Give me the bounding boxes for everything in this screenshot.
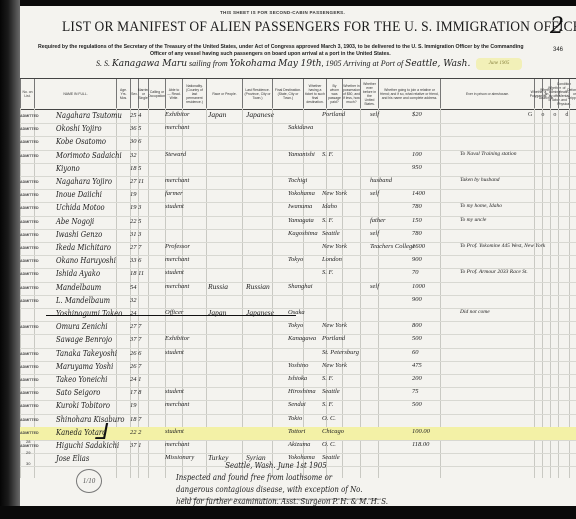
passenger-destination: New York [322, 322, 347, 329]
passenger-relative: To my home, Idaho [460, 203, 502, 209]
passenger-status: ADMITTED [20, 233, 39, 237]
column-header-9: Race or People. [206, 79, 242, 109]
passenger-destination: St. Petersburg [322, 349, 359, 356]
passenger-occupation: student [165, 203, 184, 210]
passenger-name: Kobe Osatomo [56, 137, 106, 146]
passenger-row: Yoshinogumi Takeo24OfficerJapanJapaneseO… [20, 308, 576, 322]
passenger-name: Maruyama Yoshi [56, 362, 113, 371]
passenger-status: ADMITTED [20, 391, 39, 395]
passenger-name: Nagahara Tsutomu [56, 111, 122, 120]
passenger-age: 18 5 [130, 165, 141, 172]
sheet-note: THIS SHEET IS FOR SECOND-CABIN PASSENGER… [220, 10, 345, 15]
passenger-money: 1000 [412, 283, 425, 290]
passenger-health: Good [528, 112, 576, 118]
passenger-destination: S. F. [322, 217, 333, 224]
passenger-residence: Yoshino [288, 362, 308, 369]
passenger-name: Omura Zenichi [56, 322, 108, 331]
passenger-paid: father [370, 217, 386, 224]
passenger-name: Sato Seigoro [56, 388, 100, 397]
passenger-age: 30 6 [130, 138, 141, 145]
passenger-status: ADMITTED [20, 193, 39, 197]
sailing-from: Yokohama [230, 59, 277, 69]
arriving-label: Arriving at Port of [343, 59, 403, 68]
passenger-status: ADMITTED [20, 220, 39, 224]
column-header-3: Age. Yrs. Mos. [116, 79, 130, 109]
passenger-name: Nagahara Yojiro [56, 177, 112, 186]
passenger-occupation: student [165, 388, 184, 395]
passenger-race: Japanese [246, 110, 274, 119]
passenger-money: 60 [412, 349, 419, 356]
passenger-name: Takeo Yoneichi [56, 375, 107, 384]
passenger-status: ADMITTED [20, 404, 39, 408]
passenger-row: ADMITTEDIkeda Michitaro27 7ProfessorNew … [20, 242, 576, 256]
passenger-age: 24 1 [130, 376, 141, 383]
column-header-17: Ever in prison or almshouse. [440, 79, 534, 109]
passenger-row: ADMITTEDUchida Motoo19 3studentIwanumaId… [20, 202, 576, 216]
passenger-age: 22 5 [130, 218, 141, 225]
passenger-occupation: farmer [165, 190, 183, 197]
passenger-age: 31 3 [130, 231, 141, 238]
sailing-label: sailing from [189, 59, 228, 68]
passenger-money: 1600 [412, 243, 425, 250]
requirement-line-1: Required by the regulations of the Secre… [38, 44, 524, 50]
passenger-row: ADMITTEDOmura Zenichi27 7TokyoNew York80… [20, 321, 576, 335]
passenger-row: ADMITTEDMaruyama Yoshi26 7YoshinoNew Yor… [20, 361, 576, 375]
passenger-name: Mandelbaum [56, 283, 101, 292]
ship-name: Kanagawa Maru [112, 59, 187, 69]
passenger-residence: Tochigi [288, 177, 307, 184]
passenger-name: Ikeda Michitaro [56, 243, 111, 252]
passenger-money: 1400 [412, 190, 425, 197]
passenger-paid: Teachers College [370, 243, 415, 250]
passenger-age: 25 4 [130, 112, 141, 119]
passenger-name: Okano Haruyoshi [56, 256, 116, 265]
passenger-status: ADMITTED [20, 378, 39, 382]
passenger-occupation: Professor [165, 243, 190, 250]
passenger-money: 500 [412, 335, 422, 342]
passenger-status: ADMITTED [20, 114, 39, 118]
passenger-name: Kiyono [56, 164, 80, 173]
passenger-destination: Portland [322, 335, 345, 342]
passenger-name: Abe Nogoji [56, 217, 94, 226]
passenger-residence: Tottori [288, 428, 305, 435]
passenger-status: ADMITTED [20, 180, 39, 184]
passenger-destination: Seattle [322, 230, 340, 237]
passenger-age: 33 6 [130, 257, 141, 264]
passenger-row: Sawage Benrojo37 7ExhibitorKanagawaPortl… [20, 334, 576, 348]
inspection-note-line-2: Inspected and found free from loathsome … [176, 472, 388, 484]
passenger-destination: Chicago [322, 428, 344, 435]
passenger-status: ADMITTED [20, 154, 39, 158]
inspection-note-line-1: Seattle, Wash. June 1st 1905 [176, 460, 388, 472]
ship-info-line: S. S. Kanagawa Maru sailing from Yokoham… [96, 59, 470, 69]
passenger-name: Uchida Motoo [56, 203, 105, 212]
passenger-destination: Idaho [322, 203, 337, 210]
column-header-22: Deformed or Crippled. [569, 79, 576, 109]
passenger-age: 54 [130, 284, 137, 291]
passenger-name: Shinohara Kisaburo [56, 415, 124, 424]
passenger-status: ADMITTED [20, 365, 39, 369]
passenger-age: 19 3 [130, 204, 141, 211]
passenger-money: 950 [412, 164, 422, 171]
passenger-occupation: merchant [165, 401, 189, 408]
passenger-money: $20 [412, 111, 422, 118]
row-number: 28 [26, 436, 30, 447]
passenger-residence: Yamanishi [288, 151, 315, 158]
passenger-status: ADMITTED [20, 352, 39, 356]
passenger-row: ADMITTEDIshida Ayako18 11studentS. F.70T… [20, 268, 576, 282]
passenger-money: 475 [412, 362, 422, 369]
inspection-note-line-3: dangerous contagious disease, with excep… [176, 484, 388, 496]
passenger-status: ADMITTED [20, 259, 39, 263]
passenger-status: ADMITTED [20, 325, 39, 329]
passenger-occupation: merchant [165, 283, 189, 290]
scan-border-left [0, 0, 20, 519]
passenger-residence: Tokio [288, 415, 302, 422]
passenger-row: ADMITTEDOkoshi Yojiro36 5merchantSakidaw… [20, 123, 576, 137]
empty-row-numbers: 282930 [26, 436, 30, 469]
passenger-row: ADMITTEDSato Seigoro17 8studentHiroshima… [20, 387, 576, 401]
passenger-relative: To my uncle [460, 217, 486, 223]
passenger-age: 26 6 [130, 350, 141, 357]
row-number: 30 [26, 458, 30, 469]
passenger-money: 780 [412, 203, 422, 210]
passenger-row: ADMITTEDKuroki Tobitoro19merchantSendaiS… [20, 400, 576, 414]
column-header-16: Whether going to join a relative or frie… [378, 79, 440, 109]
passenger-destination: O. C. [322, 415, 336, 422]
passenger-destination: Seattle [322, 388, 340, 395]
passenger-nationality: Russia [208, 282, 228, 291]
column-header-13: By whom was passage paid? [326, 79, 342, 109]
strike-through-line [46, 315, 296, 316]
passenger-paid: husband [370, 177, 392, 184]
passenger-occupation: merchant [165, 441, 189, 448]
passenger-row: ADMITTEDL. Mandelbaum32900 [20, 295, 576, 309]
document-title: LIST OR MANIFEST OF ALIEN PASSENGERS FOR… [62, 19, 576, 36]
passenger-row: ADMITTEDTanaka Takeyoshi26 6studentSt. P… [20, 348, 576, 362]
passenger-money: 100 [412, 151, 422, 158]
sailing-date: May 19th [278, 59, 321, 69]
passenger-occupation: merchant [165, 177, 189, 184]
passenger-row: Kiyono18 5950 [20, 163, 576, 177]
fine-print: * Race or People is to be determined by … [180, 497, 382, 501]
column-header-2: NAME IN FULL. [34, 79, 116, 109]
passenger-status: ADMITTED [20, 418, 39, 422]
passenger-money: 500 [412, 401, 422, 408]
passenger-name: Okoshi Yojiro [56, 124, 102, 133]
passenger-destination: S. F. [322, 269, 333, 276]
column-header-1: No. on List. [20, 79, 34, 109]
passenger-row: ADMITTEDMorimoto Sadaichi32StewardYamani… [20, 150, 576, 164]
passenger-age: 37 1 [130, 442, 141, 449]
column-header-5: Married or Single. [138, 79, 148, 109]
passenger-status: ADMITTED [20, 140, 39, 144]
passenger-money: 780 [412, 230, 422, 237]
passenger-age: 27 7 [130, 323, 141, 330]
circled-annotation: 1/10 [76, 469, 102, 493]
passenger-nationality: Japan [208, 110, 226, 119]
column-header-10: Last Residence. (Province, City or Town.… [242, 79, 272, 109]
passenger-relative: To Prof. Yokomine 445 West, New York [460, 243, 545, 249]
passenger-row: ADMITTEDInoue Daiichi19farmerYokohamaNew… [20, 189, 576, 203]
passenger-status: ADMITTED [20, 272, 39, 276]
passenger-name: Inoue Daiichi [56, 190, 102, 199]
passenger-residence: Kanagawa [288, 335, 316, 342]
passenger-destination: S. F. [322, 151, 333, 158]
passenger-residence: Yokohama [288, 190, 315, 197]
passenger-residence: Shanghai [288, 283, 313, 290]
passenger-occupation: student [165, 349, 184, 356]
passenger-destination: New York [322, 362, 347, 369]
passenger-relative: To Naval Training station [460, 151, 517, 157]
passenger-age: 37 7 [130, 336, 141, 343]
passenger-status: ADMITTED [20, 286, 39, 290]
passenger-occupation: Steward [165, 151, 186, 158]
passenger-status: ADMITTED [20, 206, 39, 210]
passenger-status: ADMITTED [20, 431, 39, 435]
passenger-occupation: student [165, 428, 184, 435]
passenger-age: 32 [130, 297, 137, 304]
passenger-row: ADMITTEDTakeo Yoneichi24 1IshiokaS. F.20… [20, 374, 576, 388]
passenger-age: 32 [130, 152, 137, 159]
passenger-money: 118.00 [412, 441, 429, 448]
passenger-name: Morimoto Sadaichi [56, 151, 122, 160]
passenger-row: ADMITTEDAbe Nogoji22 5YamagataS. F.fathe… [20, 216, 576, 230]
passenger-destination: O. C. [322, 441, 336, 448]
passenger-occupation: merchant [165, 256, 189, 263]
passenger-paid: self [370, 283, 379, 290]
passenger-row: ADMITTEDMandelbaum54merchantRussiaRussia… [20, 282, 576, 296]
passenger-age: 27 11 [130, 178, 144, 185]
column-header-12: Whether having a ticket to such final de… [303, 79, 326, 109]
column-header-15: Whether ever before in the United States… [360, 79, 378, 109]
passenger-relative: Taken by husband [460, 177, 500, 183]
passenger-money: 100.00 [412, 428, 430, 435]
passenger-row: ADMITTEDNagahara Tsutomu25 4ExhibitorJap… [20, 110, 576, 124]
passenger-occupation: Exhibitor [165, 335, 190, 342]
column-header-7: Able to — Read. Write. [165, 79, 182, 109]
passenger-race: Russian [246, 282, 270, 291]
passenger-row: ADMITTEDNagahara Yojiro27 11merchantToch… [20, 176, 576, 190]
passenger-residence: Iwanuma [288, 203, 312, 210]
passenger-name: Sawage Benrojo [56, 335, 112, 344]
passenger-name: Tanaka Takeyoshi [56, 349, 117, 358]
passenger-residence: Kagoshima [288, 230, 318, 237]
passenger-residence: Yamagata [288, 217, 314, 224]
passenger-money: 70 [412, 269, 419, 276]
page-number: 2 [550, 14, 564, 39]
passenger-destination: Portland [322, 111, 345, 118]
passenger-destination: New York [322, 243, 347, 250]
passenger-destination: S. F. [322, 375, 333, 382]
passenger-name: Iwashi Genzo [56, 230, 102, 239]
passenger-age: 19 [130, 402, 137, 409]
column-header-row: No. on List.NAME IN FULL.Age. Yrs. Mos.S… [20, 78, 576, 110]
passenger-residence: Hiroshima [288, 388, 316, 395]
passenger-residence: Sakidawa [288, 124, 313, 131]
passenger-age: 19 [130, 191, 137, 198]
ship-prefix: S. S. [96, 59, 110, 68]
passenger-residence: Tokyo [288, 322, 303, 329]
passenger-name: Jose Elias [56, 454, 89, 463]
column-header-11: Final Destination. (State, City or Town.… [272, 79, 303, 109]
passenger-age: 27 7 [130, 244, 141, 251]
passenger-relative: To Prof. Armour 2033 Race St. [460, 269, 528, 275]
sheet-number: 346 [553, 47, 563, 53]
passenger-money: 200 [412, 375, 422, 382]
passenger-paid: self [370, 230, 379, 237]
passenger-money: 75 [412, 388, 419, 395]
passenger-paid: self [370, 111, 379, 118]
passenger-age: 17 8 [130, 389, 141, 396]
signature-mark: ⅃ [95, 420, 107, 445]
passenger-money: 900 [412, 256, 422, 263]
arrival-date-stamp: June 1905 [476, 58, 522, 70]
passenger-name: L. Mandelbaum [56, 296, 110, 305]
passenger-destination: London [322, 256, 342, 263]
passenger-relative: Did not come [460, 309, 490, 315]
passenger-name: Ishida Ayako [56, 269, 100, 278]
passenger-row: ADMITTEDIwashi Genzo31 3KagoshimaSeattle… [20, 229, 576, 243]
passenger-age: 36 5 [130, 125, 141, 132]
passenger-name: Higuchi Sadakichi [56, 441, 119, 450]
passenger-residence: Sendai [288, 401, 306, 408]
passenger-name: Kuroki Tobitoro [56, 401, 110, 410]
arrival-port: Seattle, Wash. [405, 59, 470, 69]
passenger-destination: New York [322, 190, 347, 197]
passenger-destination: S. F. [322, 401, 333, 408]
passenger-residence: Ishioka [288, 375, 307, 382]
column-header-8: Nationality. (Country of last permanent … [182, 79, 206, 109]
passenger-status: ADMITTED [20, 299, 39, 303]
passenger-occupation: merchant [165, 124, 189, 131]
row-number: 29 [26, 447, 30, 458]
passenger-age: 18 11 [130, 270, 144, 277]
column-header-14: Whether in possession of $50, and if les… [342, 79, 360, 109]
passenger-residence: Tokyo [288, 256, 303, 263]
passenger-paid: self [370, 190, 379, 197]
requirement-line-2: Officer of any vessel having such passen… [150, 51, 391, 57]
passenger-occupation: Exhibitor [165, 111, 190, 118]
passenger-occupation: student [165, 269, 184, 276]
column-header-6: Calling or Occupation. [148, 79, 165, 109]
passenger-age: 26 7 [130, 363, 141, 370]
passenger-name: Yoshinogumi Takeo [56, 309, 122, 318]
passenger-money: 900 [412, 296, 422, 303]
passenger-residence: Akizuma [288, 441, 310, 448]
passenger-status: ADMITTED [20, 127, 39, 131]
passenger-age: 18 7 [130, 416, 141, 423]
passenger-row: ADMITTEDKobe Osatomo30 6 [20, 136, 576, 150]
passenger-age: 22 2 [130, 429, 141, 436]
year-label: , 1905 [322, 59, 342, 68]
passenger-row: ADMITTEDOkano Haruyoshi33 6merchantTokyo… [20, 255, 576, 269]
passenger-status: ADMITTED [20, 246, 39, 250]
passenger-money: 800 [412, 322, 422, 329]
passenger-money: 150 [412, 217, 422, 224]
